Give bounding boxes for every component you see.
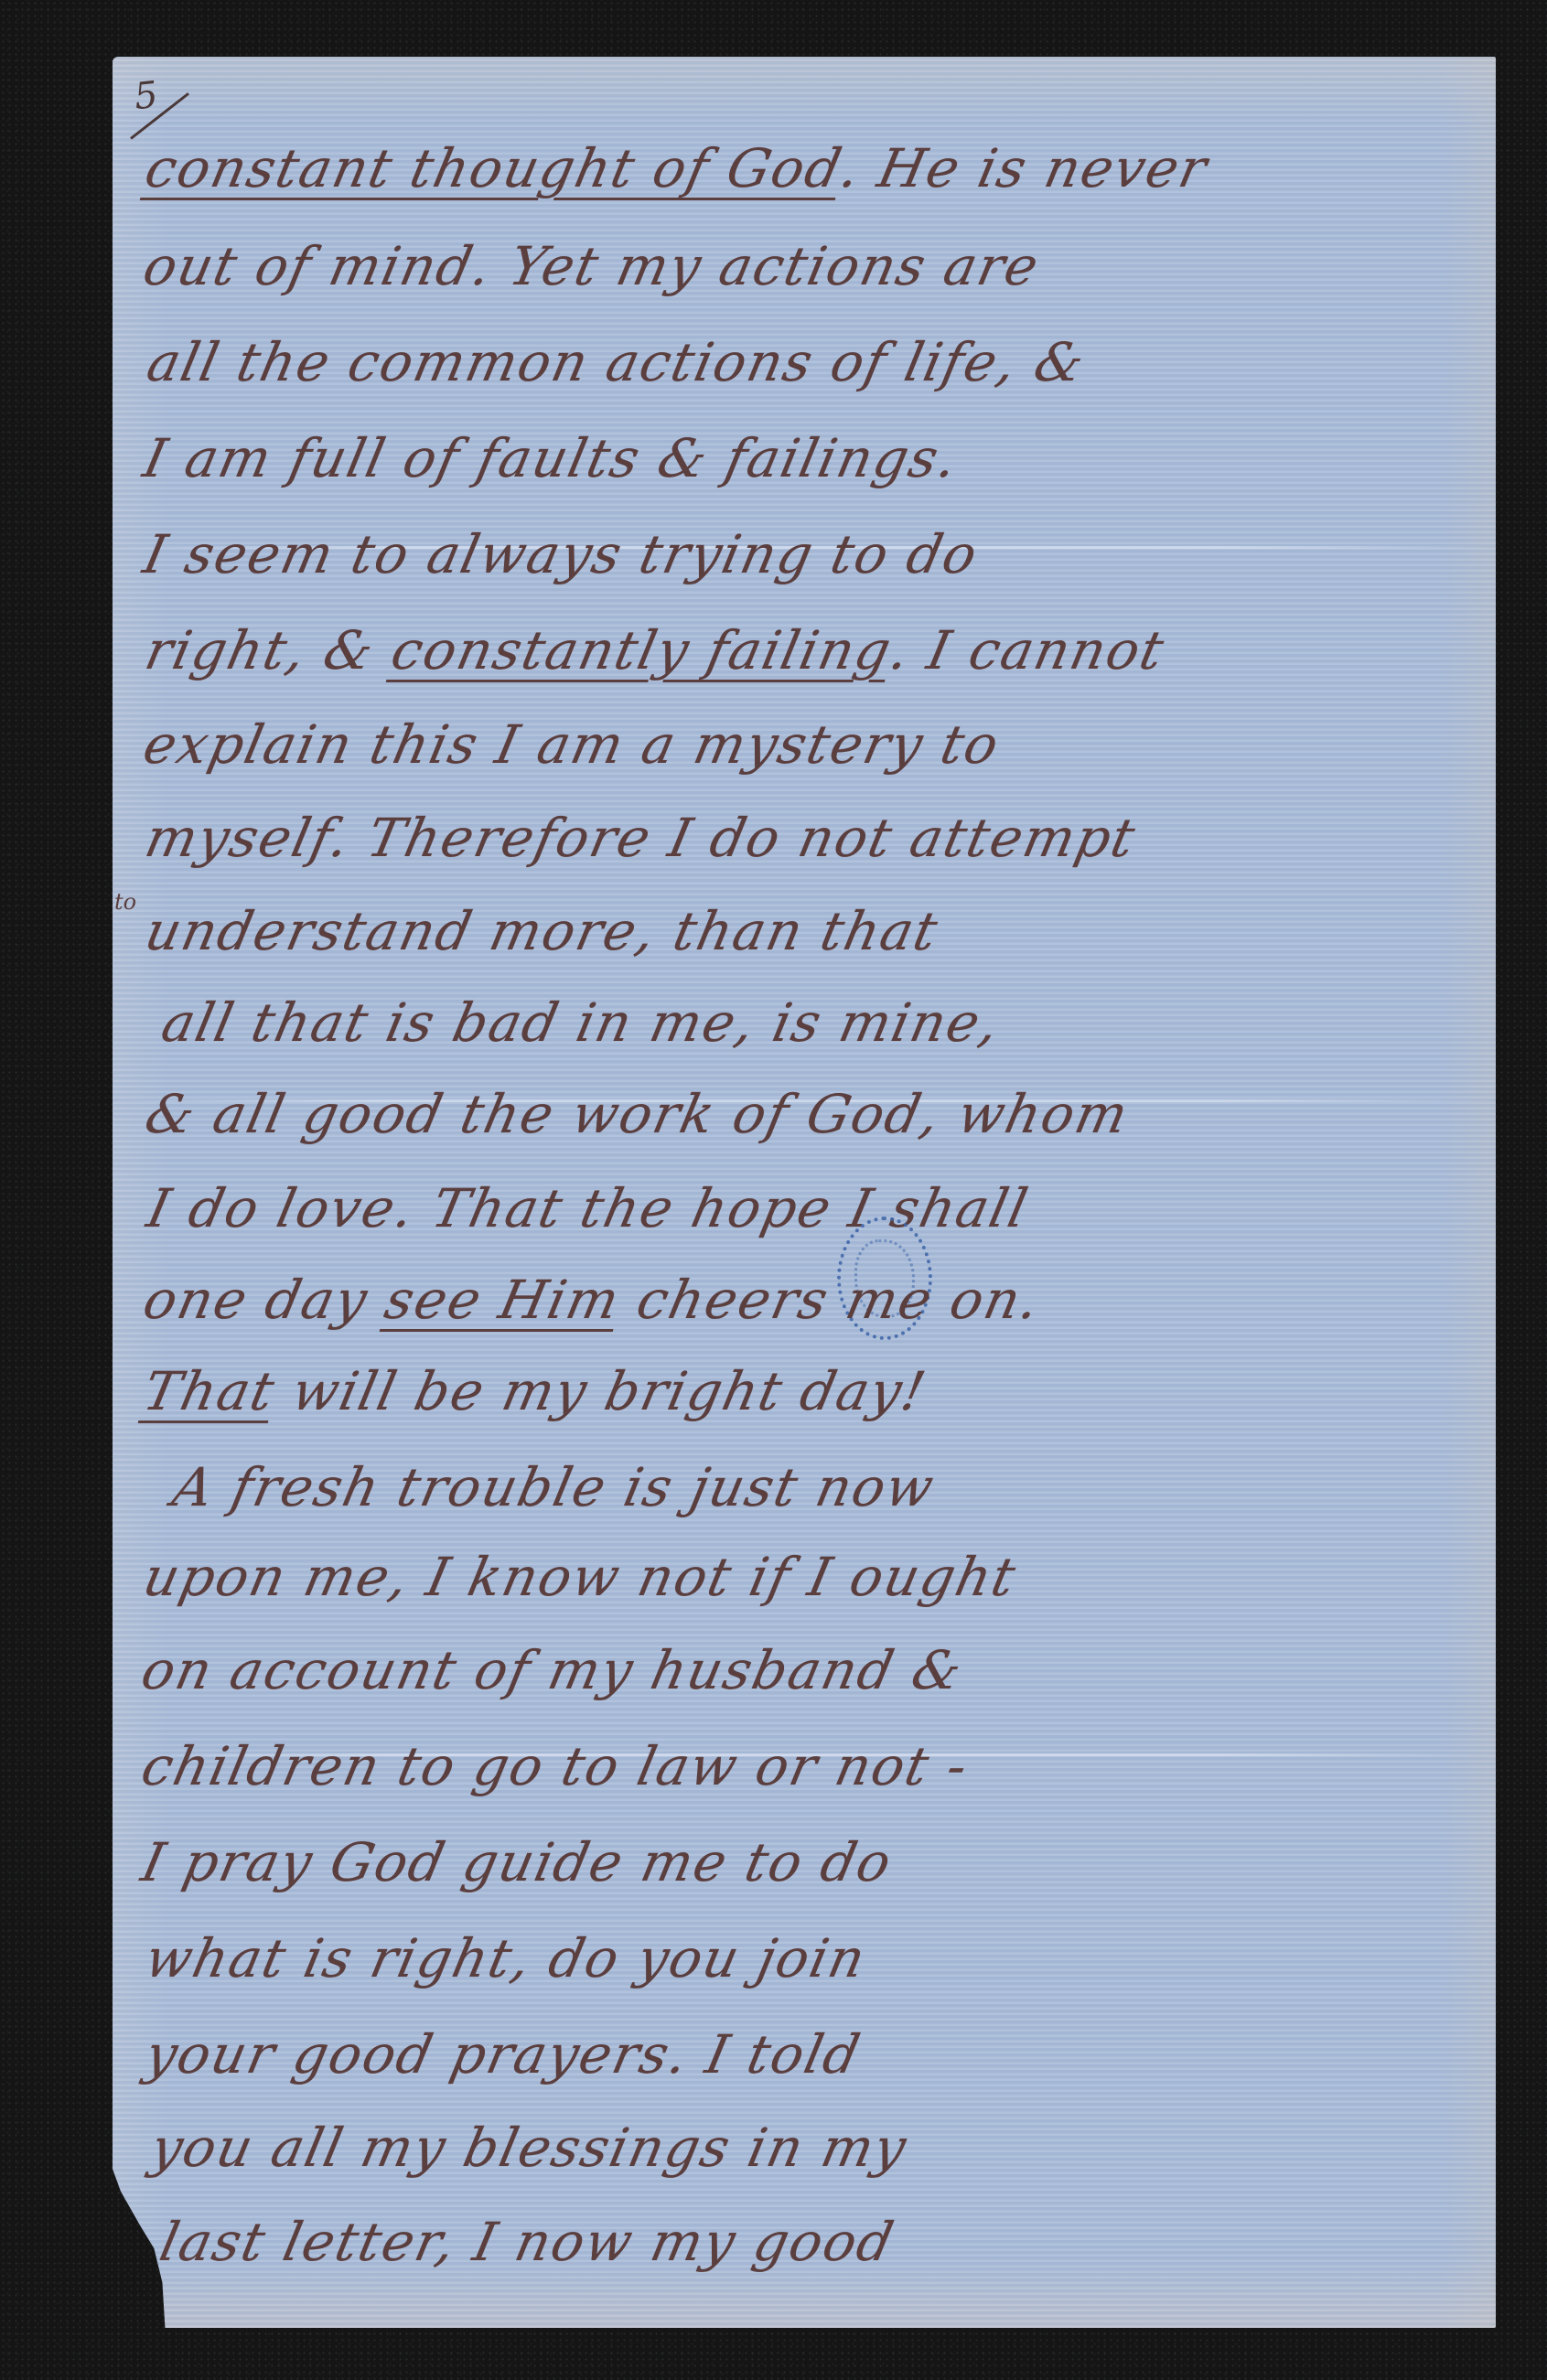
letter-line-8: myself. Therefore I do not attempt (140, 807, 1142, 869)
letter-line-14: That will be my bright day! (138, 1360, 932, 1422)
letter-line-11: & all good the work of God, whom (140, 1083, 1134, 1145)
letter-line-3: all the common actions of life, & (142, 331, 1091, 393)
underlined-phrase: constant thought of God (140, 137, 848, 199)
letter-line-21: your good prayers. I told (140, 2023, 866, 2085)
letter-line-10: all that is bad in me, is mine, (156, 992, 1006, 1054)
margin-note: to (114, 889, 136, 915)
letter-line-13: one day see Him cheers me on. (138, 1269, 1047, 1331)
letter-line-22: you all my blessings in my (145, 2117, 913, 2179)
line-text: . I cannot (885, 619, 1171, 681)
letter-line-6: right, & constantly failing. I cannot (140, 619, 1171, 681)
letter-line-4: I am full of faults & failings. (138, 427, 964, 489)
page-number: 5 (133, 74, 160, 118)
underlined-phrase: That (138, 1360, 281, 1422)
letter-line-1: constant thought of God. He is never (140, 137, 1214, 199)
letter-page: 5 constant thought of God. He is never o… (113, 57, 1496, 2328)
letter-line-2: out of mind. Yet my actions are (138, 235, 1046, 297)
letter-line-17: on account of my husband & (136, 1639, 969, 1701)
letter-line-16: upon me, I know not if I ought (138, 1546, 1023, 1608)
underlined-phrase: see Him (380, 1269, 626, 1331)
line-text: . He is never (835, 137, 1214, 199)
line-text: cheers me on. (613, 1269, 1047, 1331)
letter-line-19: I pray God guide me to do (136, 1831, 898, 1893)
line-text: will be my bright day! (268, 1360, 932, 1422)
letter-line-7: explain this I am a mystery to (138, 713, 1005, 776)
letter-line-23: last letter, I now my good (155, 2211, 900, 2273)
line-text: right, & (140, 619, 399, 681)
letter-line-20: what is right, do you join (140, 1927, 872, 1989)
letter-line-9: understand more, than that (140, 900, 944, 962)
letter-line-18: children to go to law or not - (136, 1735, 974, 1797)
letter-line-5: I seem to always trying to do (138, 523, 984, 585)
underlined-phrase: constantly failing (386, 619, 897, 681)
letter-line-15: A fresh trouble is just now (167, 1456, 940, 1518)
line-text: one day (138, 1269, 392, 1331)
